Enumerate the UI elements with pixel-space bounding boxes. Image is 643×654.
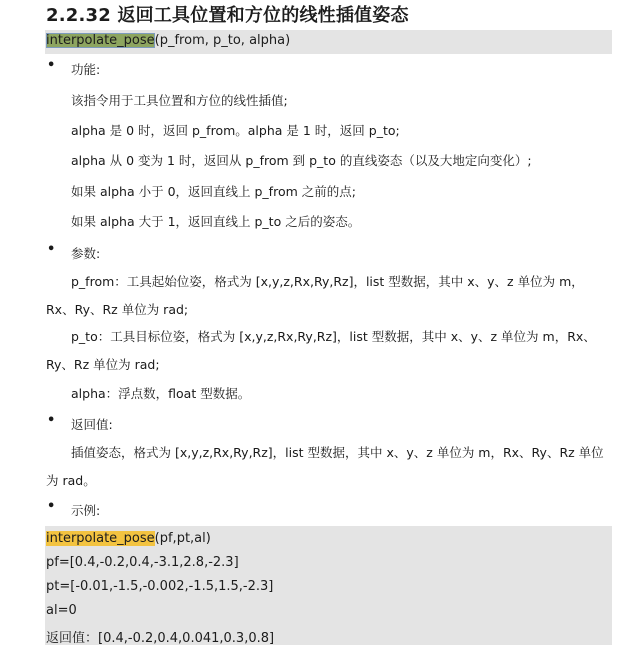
example-line: 返回值：[0.4,-0.2,0.4,0.041,0.3,0.8] (46, 627, 274, 646)
bullet-icon: • (47, 499, 55, 514)
signature-args: (p_from, p_to, alpha) (155, 33, 291, 48)
param-p-from: p_from：工具起始位姿，格式为 [x,y,z,Rx,Ry,Rz]，list … (46, 268, 612, 324)
example-line: pt=[-0.01,-1.5,-0.002,-1.5,1.5,-2.3] (46, 579, 273, 594)
param-p-to: p_to：工具目标位姿，格式为 [x,y,z,Rx,Ry,Rz]，list 型数… (46, 323, 612, 379)
function-line: 如果 alpha 大于 1，返回直线上 p_to 之后的姿态。 (71, 212, 360, 230)
bullet-icon: • (47, 242, 55, 257)
function-line: 该指令用于工具位置和方位的线性插值; (71, 91, 288, 109)
params-label: 参数: (71, 244, 100, 262)
section-heading: 2.2.32 返回工具位置和方位的线性插值姿态 (46, 1, 409, 27)
section-number: 2.2.32 (46, 5, 111, 26)
example-line: pf=[0.4,-0.2,0.4,-3.1,2.8,-2.3] (46, 555, 239, 570)
function-name-highlight: interpolate_pose (46, 33, 155, 48)
example-call-args: (pf,pt,al) (155, 531, 211, 546)
document-page: 2.2.32 返回工具位置和方位的线性插值姿态 interpolate_pose… (0, 0, 643, 654)
function-line: 如果 alpha 小于 0，返回直线上 p_from 之前的点; (71, 182, 356, 200)
example-call: interpolate_pose(pf,pt,al) (46, 531, 211, 546)
returns-label: 返回值: (71, 415, 113, 433)
function-line: alpha 从 0 变为 1 时，返回从 p_from 到 p_to 的直线姿态… (71, 151, 532, 169)
function-label: 功能: (71, 60, 100, 78)
section-title: 返回工具位置和方位的线性插值姿态 (117, 5, 408, 26)
returns-text: 插值姿态，格式为 [x,y,z,Rx,Ry,Rz]，list 型数据，其中 x、… (46, 439, 612, 495)
example-line: al=0 (46, 603, 77, 618)
bullet-icon: • (47, 58, 55, 73)
function-line: alpha 是 0 时，返回 p_from。alpha 是 1 时，返回 p_t… (71, 121, 400, 139)
function-signature: interpolate_pose(p_from, p_to, alpha) (46, 33, 290, 48)
example-function-highlight: interpolate_pose (46, 531, 155, 546)
param-alpha: alpha：浮点数，float 型数据。 (71, 384, 250, 402)
example-label: 示例: (71, 501, 100, 519)
bullet-icon: • (47, 413, 55, 428)
